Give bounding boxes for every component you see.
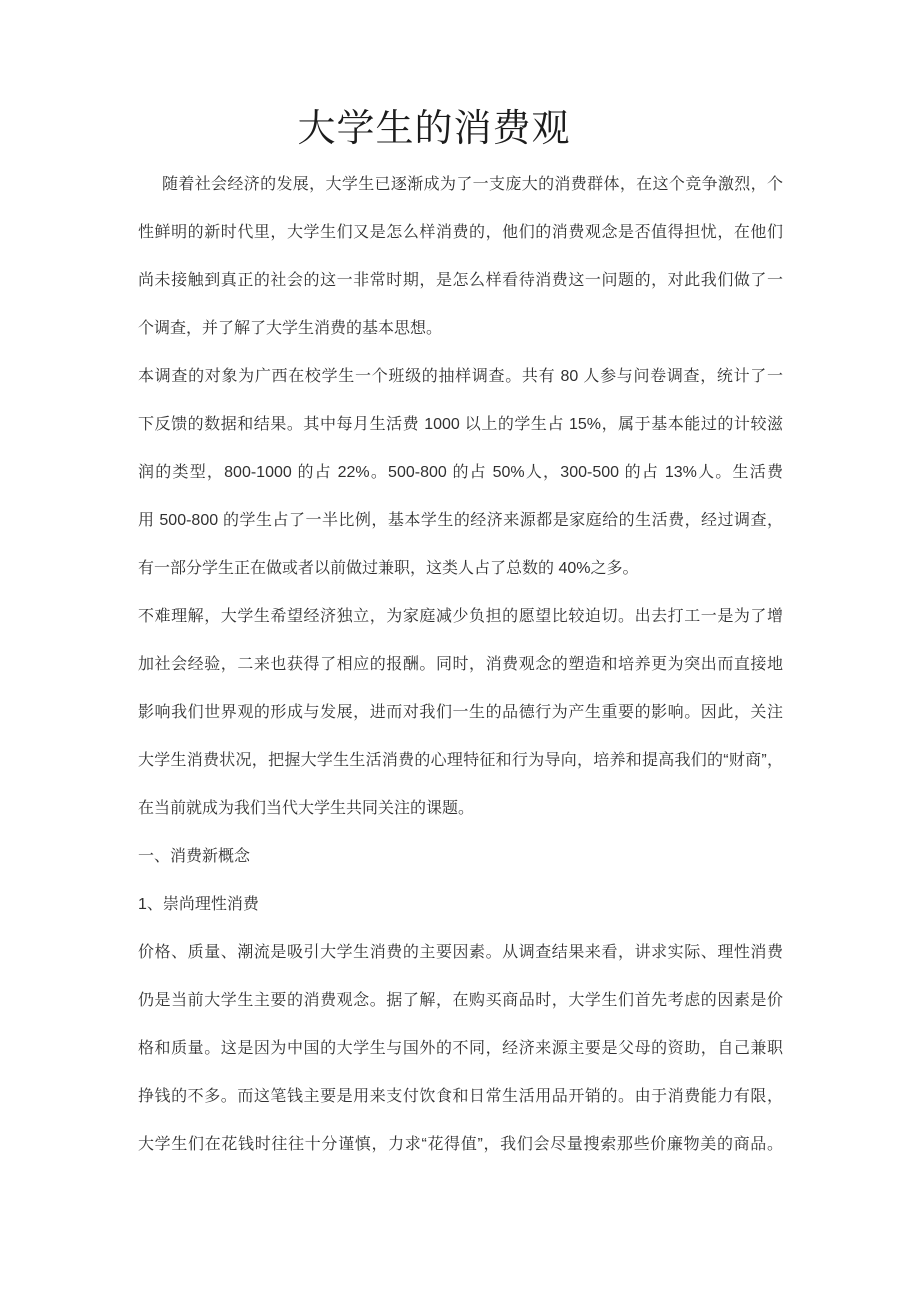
paragraph-line: 尚未接触到真正的社会的这一非常时期，是怎么样看待消费这一问题的，对此我们做了一: [138, 257, 783, 305]
section-heading-1-1: 1、崇尚理性消费: [138, 881, 783, 929]
section-heading-1: 一、消费新概念: [138, 833, 783, 881]
paragraph-line: 本调查的对象为广西在校学生一个班级的抽样调查。共有 80 人参与问卷调查，统计了…: [138, 353, 783, 401]
paragraph-line: 加社会经验，二来也获得了相应的报酬。同时，消费观念的塑造和培养更为突出而直接地: [138, 641, 783, 689]
paragraph-line: 大学生消费状况，把握大学生生活消费的心理特征和行为导向，培养和提高我们的“财商”…: [138, 737, 783, 785]
paragraph-line: 仍是当前大学生主要的消费观念。据了解，在购买商品时，大学生们首先考虑的因素是价: [138, 977, 783, 1025]
document-page: 大学生的消费观 随着社会经济的发展，大学生已逐渐成为了一支庞大的消费群体，在这个…: [0, 0, 920, 1302]
paragraph-line: 格和质量。这是因为中国的大学生与国外的不同，经济来源主要是父母的资助，自己兼职: [138, 1025, 783, 1073]
paragraph-line: 有一部分学生正在做或者以前做过兼职，这类人占了总数的 40%之多。: [138, 545, 783, 593]
paragraph-line: 下反馈的数据和结果。其中每月生活费 1000 以上的学生占 15%，属于基本能过…: [138, 401, 783, 449]
paragraph-line: 个调查，并了解了大学生消费的基本思想。: [138, 305, 783, 353]
document-body: 随着社会经济的发展，大学生已逐渐成为了一支庞大的消费群体，在这个竞争激烈，个 性…: [138, 161, 783, 1169]
paragraph-line: 性鲜明的新时代里，大学生们又是怎么样消费的，他们的消费观念是否值得担忧，在他们: [138, 209, 783, 257]
paragraph-line: 润的类型，800-1000 的占 22%。500-800 的占 50%人，300…: [138, 449, 783, 497]
paragraph-line: 用 500-800 的学生占了一半比例，基本学生的经济来源都是家庭给的生活费，经…: [138, 497, 783, 545]
paragraph-line: 在当前就成为我们当代大学生共同关注的课题。: [138, 785, 783, 833]
paragraph-line: 大学生们在花钱时往往十分谨慎，力求“花得值”，我们会尽量搜索那些价廉物美的商品。: [138, 1121, 783, 1169]
paragraph-line: 随着社会经济的发展，大学生已逐渐成为了一支庞大的消费群体，在这个竞争激烈，个: [138, 161, 783, 209]
paragraph-line: 挣钱的不多。而这笔钱主要是用来支付饮食和日常生活用品开销的。由于消费能力有限，: [138, 1073, 783, 1121]
paragraph-line: 影响我们世界观的形成与发展，进而对我们一生的品德行为产生重要的影响。因此，关注: [138, 689, 783, 737]
paragraph-line: 价格、质量、潮流是吸引大学生消费的主要因素。从调查结果来看，讲求实际、理性消费: [138, 929, 783, 977]
paragraph-line: 不难理解，大学生希望经济独立，为家庭减少负担的愿望比较迫切。出去打工一是为了增: [138, 593, 783, 641]
document-title: 大学生的消费观: [0, 102, 894, 154]
